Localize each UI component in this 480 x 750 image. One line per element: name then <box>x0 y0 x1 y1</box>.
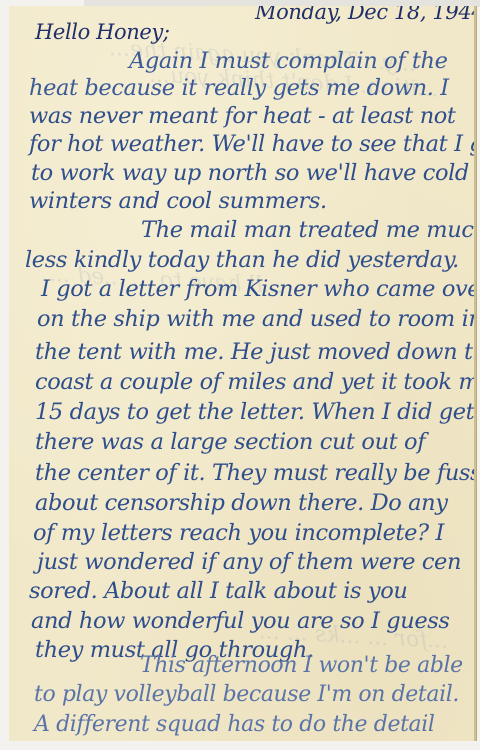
letter-line: was never meant for heat - at least not <box>29 105 456 128</box>
letter-line: The mail man treated me much <box>141 219 476 242</box>
letter-line: winters and cool summers. <box>29 190 327 213</box>
letter-line: coast a couple of miles and yet it took … <box>35 371 476 394</box>
letter-line: This afternoon I won't be able <box>140 655 463 677</box>
letter-line: there was a large section cut out of <box>35 431 425 454</box>
letter-line: Again I must complain of the <box>129 50 448 73</box>
letter-salutation: Hello Honey; <box>35 22 170 43</box>
letter-line: of my letters reach you incomplete? I <box>33 522 444 545</box>
letter-line: the tent with me. He just moved down the <box>35 341 476 364</box>
letter-line: to play volleyball because I'm on detail… <box>34 684 459 706</box>
letter-date: Monday, Dec 18, 1944 <box>255 6 476 23</box>
letter-line: to work way up north so we'll have cold <box>31 162 469 185</box>
letter-line: the center of it. They must really be fu… <box>35 462 476 485</box>
letter-line: about censorship down there. Do any <box>35 492 448 515</box>
letter-line: less kindly today than he did yesterday. <box>25 249 459 272</box>
letter-line: A different squad has to do the detail <box>34 714 435 736</box>
letter-line: I got a letter from Kisner who came over <box>41 278 476 301</box>
letter-line: just wondered if any of them were cen <box>37 551 461 574</box>
letter-line: on the ship with me and used to room in <box>37 308 476 331</box>
letter-line: heat because it really gets me down. I <box>29 77 449 100</box>
letter-paper: ...y... Thank you again the... ...ition.… <box>9 6 476 741</box>
letter-line: sored. About all I talk about is you <box>29 580 407 603</box>
letter-line: 15 days to get the letter. When I did ge… <box>35 401 476 424</box>
letter-line: for hot weather. We'll have to see that … <box>29 133 476 156</box>
letter-line: and how wonderful you are so I guess <box>31 610 450 633</box>
